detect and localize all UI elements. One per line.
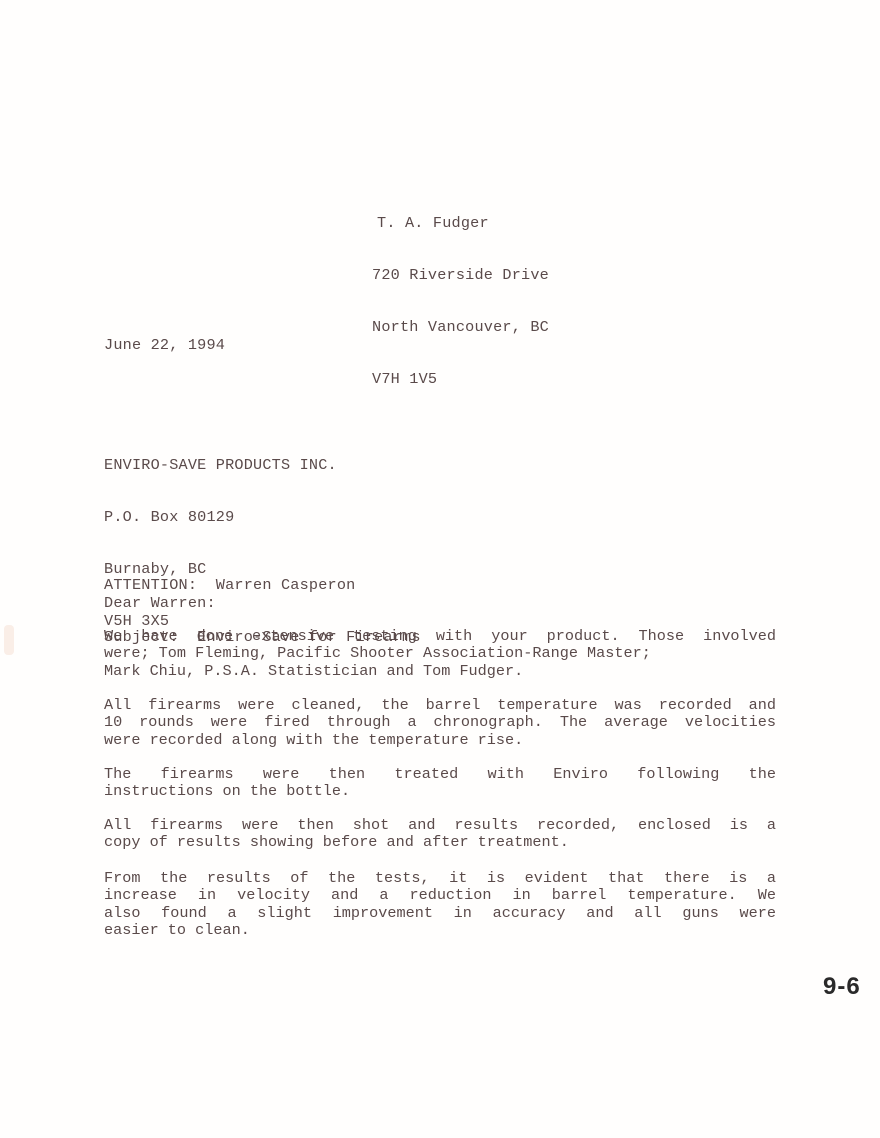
letter-page: T. A. Fudger 720 Riverside Drive North V… (0, 0, 880, 1138)
paragraph-line: instructions on the bottle. (104, 783, 776, 800)
paragraph-line: 10 rounds were fired through a chronogra… (104, 714, 776, 731)
sender-postal: V7H 1V5 (372, 371, 549, 388)
paragraph-line: were recorded along with the temperature… (104, 732, 776, 749)
paragraph-line: easier to clean. (104, 922, 776, 939)
body-paragraph-1: We have done extensive testing with your… (104, 628, 776, 680)
paragraph-line: Mark Chiu, P.S.A. Statistician and Tom F… (104, 663, 776, 680)
attention-line: ATTENTION: Warren Casperon (104, 577, 421, 594)
body-paragraph-3: The firearms were then treated with Envi… (104, 766, 776, 801)
body-paragraph-2: All firearms were cleaned, the barrel te… (104, 697, 776, 749)
paragraph-line: copy of results showing before and after… (104, 834, 776, 851)
page-number-mark: 9-6 (823, 973, 861, 1001)
sender-city: North Vancouver, BC (372, 319, 549, 336)
body-paragraph-4: All firearms were then shot and results … (104, 817, 776, 852)
sender-street: 720 Riverside Drive (372, 267, 549, 284)
recipient-company: ENVIRO-SAVE PRODUCTS INC. (104, 457, 337, 474)
paragraph-line: were; Tom Fleming, Pacific Shooter Assoc… (104, 645, 776, 662)
letter-date: June 22, 1994 (104, 337, 225, 354)
salutation: Dear Warren: (104, 595, 216, 612)
sender-name: T. A. Fudger (372, 215, 549, 232)
paragraph-line: All firearms were cleaned, the barrel te… (104, 697, 776, 714)
paper-stain (4, 625, 14, 655)
body-paragraph-5: From the results of the tests, it is evi… (104, 870, 776, 940)
paragraph-line: All firearms were then shot and results … (104, 817, 776, 834)
recipient-po-box: P.O. Box 80129 (104, 509, 337, 526)
paragraph-line: We have done extensive testing with your… (104, 628, 776, 645)
paragraph-line: also found a slight improvement in accur… (104, 905, 776, 922)
paragraph-line: The firearms were then treated with Envi… (104, 766, 776, 783)
sender-address: T. A. Fudger 720 Riverside Drive North V… (372, 180, 549, 424)
paragraph-line: increase in velocity and a reduction in … (104, 887, 776, 904)
paragraph-line: From the results of the tests, it is evi… (104, 870, 776, 887)
